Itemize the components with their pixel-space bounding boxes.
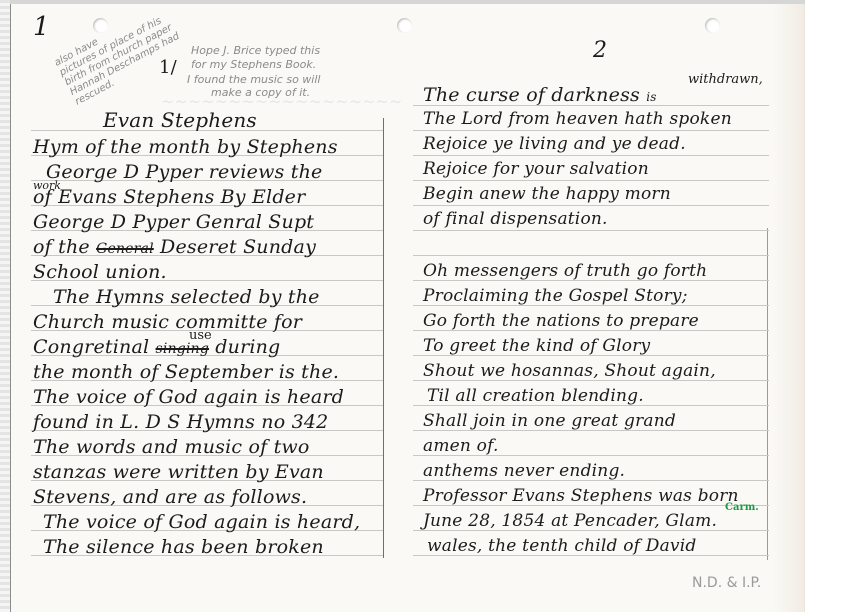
ruled-line [413, 180, 769, 181]
top-edge-shadow [10, 0, 805, 4]
handwritten-line: The words and music of two [33, 436, 310, 458]
handwritten-line: Go forth the nations to prepare [423, 311, 699, 331]
scan-background [805, 0, 842, 612]
handwritten-line: Church music committe for [33, 311, 302, 333]
handwritten-line: of the General Deseret Sunday [33, 236, 316, 258]
green-annotation: Carm. [725, 502, 759, 513]
inserted-word: is [646, 90, 656, 104]
ruled-line [413, 255, 769, 256]
handwritten-line: The voice of God again is heard [33, 386, 344, 408]
line-fragment: during [215, 336, 280, 358]
handwritten-line: George D Pyper Genral Supt [33, 211, 314, 233]
handwritten-line: Shout we hosannas, Shout again, [423, 361, 716, 381]
left-page: ~~~~~~~~~~~~~~~~~~ 1 also have pictures … [10, 0, 406, 612]
handwritten-line: Oh messengers of truth go forth [423, 261, 707, 281]
handwritten-line: George D Pyper reviews the [46, 161, 322, 183]
ruled-line [413, 205, 769, 206]
margin-rule [767, 228, 768, 560]
pencil-note-line: Hope J. Brice typed this [191, 44, 320, 57]
punch-hole [705, 18, 720, 33]
handwritten-line: Shall join in one great grand [423, 411, 676, 431]
handwritten-line: Stevens, and are as follows. [33, 486, 307, 508]
ruled-line [413, 155, 769, 156]
pencil-footer-note: N.D. & I.P. [692, 575, 761, 591]
handwritten-line: School union. [33, 261, 167, 283]
pencil-note-line: I found the music so will [187, 73, 320, 86]
line-fragment: of the [33, 236, 90, 258]
handwritten-line: the month of September is the. [33, 361, 339, 383]
pencil-margin-note: also have pictures of place of his birth… [41, 0, 175, 69]
pencil-note-line: for my Stephens Book. [191, 58, 316, 71]
handwritten-line: June 28, 1854 at Pencader, Glam. [423, 511, 717, 531]
pencil-note-line: make a copy of it. [211, 86, 310, 99]
handwritten-line: The Hymns selected by the [53, 286, 320, 308]
handwritten-line: of Evans Stephens By Elder [33, 186, 305, 208]
handwritten-line: Rejoice ye living and ye dead. [423, 134, 686, 154]
handwritten-line: Congretinal singing during [33, 336, 280, 358]
handwritten-line: Begin anew the happy morn [423, 184, 671, 204]
handwritten-line: Proclaiming the Gospel Story; [423, 286, 688, 306]
scanned-document: ~~~~~~~~~~~~~~~~~~ 1 also have pictures … [0, 0, 842, 612]
handwritten-line: amen of. [423, 436, 499, 456]
document-title: Evan Stephens [103, 108, 257, 132]
handwritten-line: wales, the tenth child of David [427, 536, 696, 556]
margin-rule [383, 118, 384, 558]
struck-word: General [96, 241, 154, 257]
inserted-word: withdrawn, [688, 72, 763, 87]
handwritten-line: The voice of God again is heard, [43, 511, 360, 533]
ruled-line [413, 230, 769, 231]
handwritten-line: anthems never ending. [423, 461, 625, 481]
handwritten-line: stanzas were written by Evan [33, 461, 324, 483]
line-fragment: Deseret Sunday [160, 236, 316, 258]
binder-strip [0, 0, 10, 612]
handwritten-line: found in L. D S Hymns no 342 [33, 411, 328, 433]
handwritten-line: To greet the kind of Glory [423, 336, 650, 356]
punch-hole [397, 18, 412, 33]
handwritten-line: The silence has been broken [43, 536, 324, 558]
handwritten-line: The Lord from heaven hath spoken [423, 109, 732, 129]
line-fragment: The curse of darkness [423, 84, 640, 106]
right-page: 2 withdrawn, The curse of darkness is Th… [405, 0, 805, 612]
handwritten-line: Hym of the month by Stephens [33, 136, 338, 158]
handwritten-line: Rejoice for your salvation [423, 159, 649, 179]
handwritten-line: The curse of darkness is [423, 84, 657, 106]
page-number: 2 [593, 38, 607, 63]
struck-word: singing [156, 341, 210, 357]
handwritten-line: Professor Evans Stephens was born [423, 486, 739, 506]
ink-mark: 1/ [159, 57, 177, 78]
handwritten-line: Til all creation blending. [427, 386, 644, 406]
handwritten-line: of final dispensation. [423, 209, 608, 229]
ruled-line [413, 130, 769, 131]
line-fragment: Congretinal [33, 336, 149, 358]
